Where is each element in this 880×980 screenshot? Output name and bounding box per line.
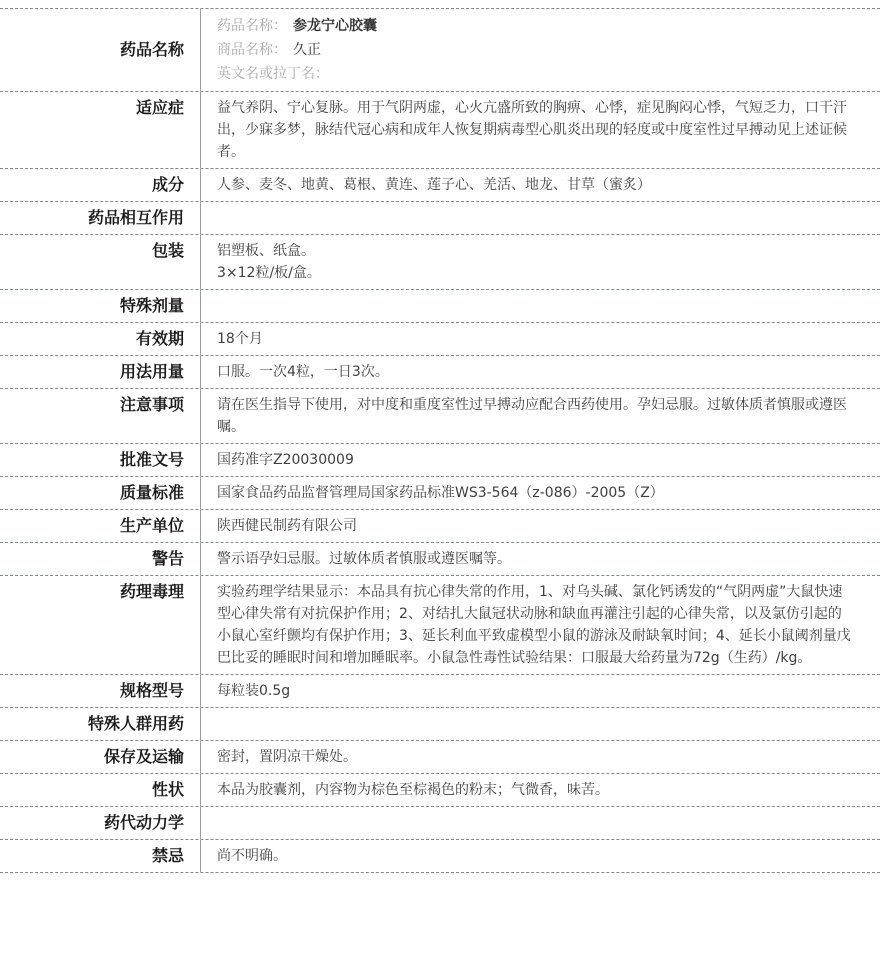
row-content: 口服。一次4粒，一日3次。 xyxy=(200,356,880,388)
row-content: 本品为胶囊剂，内容物为棕色至棕褐色的粉末；气微香，味苦。 xyxy=(200,774,880,806)
table-row-shelf-life: 有效期 18个月 xyxy=(0,323,880,356)
row-content: 陕西健民制药有限公司 xyxy=(200,510,880,542)
row-content: 警示语孕妇忌服。过敏体质者慎服或遵医嘱等。 xyxy=(200,543,880,575)
drug-info-table: 药品名称 药品名称：参龙宁心胶囊 商品名称：久正 英文名或拉丁名： 适应症 益气… xyxy=(0,8,880,873)
row-label: 禁忌 xyxy=(0,840,200,872)
row-label: 特殊剂量 xyxy=(0,290,200,322)
row-content xyxy=(200,807,880,839)
row-content: 请在医生指导下使用，对中度和重度室性过早搏动应配合西药使用。孕妇忌服。过敏体质者… xyxy=(200,389,880,443)
row-content: 国药准字Z20030009 xyxy=(200,444,880,476)
row-label: 药品相互作用 xyxy=(0,202,200,234)
table-row-warning: 警告 警示语孕妇忌服。过敏体质者慎服或遵医嘱等。 xyxy=(0,543,880,576)
row-label: 用法用量 xyxy=(0,356,200,388)
row-content: 每粒装0.5g xyxy=(200,675,880,707)
table-row-contraindications: 禁忌 尚不明确。 xyxy=(0,840,880,873)
row-label: 有效期 xyxy=(0,323,200,355)
table-row-approval-number: 批准文号 国药准字Z20030009 xyxy=(0,444,880,477)
row-label: 药品名称 xyxy=(0,34,200,66)
row-content: 密封，置阴凉干燥处。 xyxy=(200,741,880,773)
row-content: 国家食品药品监督管理局国家药品标准WS3-564（z-086）-2005（Z） xyxy=(200,477,880,509)
row-label: 批准文号 xyxy=(0,444,200,476)
english-name-field: 英文名或拉丁名： xyxy=(217,62,854,86)
table-row-quality-standard: 质量标准 国家食品药品监督管理局国家药品标准WS3-564（z-086）-200… xyxy=(0,477,880,510)
row-content: 人参、麦冬、地黄、葛根、黄连、莲子心、羌活、地龙、甘草（蜜炙） xyxy=(200,169,880,201)
field-value: 参龙宁心胶囊 xyxy=(293,18,377,34)
table-row-packaging: 包装 铝塑板、纸盒。 3×12粒/板/盒。 xyxy=(0,235,880,290)
row-content xyxy=(200,708,880,740)
table-row-description: 性状 本品为胶囊剂，内容物为棕色至棕褐色的粉末；气微香，味苦。 xyxy=(0,774,880,807)
row-label: 规格型号 xyxy=(0,675,200,707)
table-row-special-dosage: 特殊剂量 xyxy=(0,290,880,323)
table-row-precautions: 注意事项 请在医生指导下使用，对中度和重度室性过早搏动应配合西药使用。孕妇忌服。… xyxy=(0,389,880,444)
row-label: 生产单位 xyxy=(0,510,200,542)
drug-name-field: 药品名称：参龙宁心胶囊 xyxy=(217,14,854,38)
field-key: 药品名称： xyxy=(217,18,287,34)
row-content xyxy=(200,290,880,322)
row-content: 实验药理学结果显示：本品具有抗心律失常的作用，1、对乌头碱、氯化钙诱发的“气阴两… xyxy=(200,576,880,674)
packaging-line-2: 3×12粒/板/盒。 xyxy=(217,262,854,284)
table-row-pharmacology-toxicology: 药理毒理 实验药理学结果显示：本品具有抗心律失常的作用，1、对乌头碱、氯化钙诱发… xyxy=(0,576,880,675)
row-content: 尚不明确。 xyxy=(200,840,880,872)
table-row-manufacturer: 生产单位 陕西健民制药有限公司 xyxy=(0,510,880,543)
table-row-pharmacokinetics: 药代动力学 xyxy=(0,807,880,840)
table-row-special-populations: 特殊人群用药 xyxy=(0,708,880,741)
drug-info-page: 药品名称 药品名称：参龙宁心胶囊 商品名称：久正 英文名或拉丁名： 适应症 益气… xyxy=(0,0,880,980)
row-label: 药理毒理 xyxy=(0,576,200,608)
row-content: 铝塑板、纸盒。 3×12粒/板/盒。 xyxy=(200,235,880,289)
packaging-line-1: 铝塑板、纸盒。 xyxy=(217,240,854,262)
row-content: 药品名称：参龙宁心胶囊 商品名称：久正 英文名或拉丁名： xyxy=(200,9,880,91)
trade-name-field: 商品名称：久正 xyxy=(217,38,854,62)
table-row-drug-name: 药品名称 药品名称：参龙宁心胶囊 商品名称：久正 英文名或拉丁名： xyxy=(0,9,880,92)
row-label: 质量标准 xyxy=(0,477,200,509)
row-content: 18个月 xyxy=(200,323,880,355)
field-key: 英文名或拉丁名： xyxy=(217,66,329,82)
field-value: 久正 xyxy=(293,42,321,58)
row-label: 成分 xyxy=(0,169,200,201)
table-row-specification: 规格型号 每粒装0.5g xyxy=(0,675,880,708)
table-row-drug-interactions: 药品相互作用 xyxy=(0,202,880,235)
table-row-indications: 适应症 益气养阴、宁心复脉。用于气阴两虚，心火亢盛所致的胸痹、心悸，症见胸闷心悸… xyxy=(0,92,880,169)
row-content: 益气养阴、宁心复脉。用于气阴两虚，心火亢盛所致的胸痹、心悸，症见胸闷心悸，气短乏… xyxy=(200,92,880,168)
table-row-storage-transport: 保存及运输 密封，置阴凉干燥处。 xyxy=(0,741,880,774)
row-label: 药代动力学 xyxy=(0,807,200,839)
row-label: 保存及运输 xyxy=(0,741,200,773)
row-label: 适应症 xyxy=(0,92,200,124)
row-label: 包装 xyxy=(0,235,200,267)
row-content xyxy=(200,202,880,234)
row-label: 注意事项 xyxy=(0,389,200,421)
row-label: 特殊人群用药 xyxy=(0,708,200,740)
row-label: 性状 xyxy=(0,774,200,806)
field-key: 商品名称： xyxy=(217,42,287,58)
table-row-ingredients: 成分 人参、麦冬、地黄、葛根、黄连、莲子心、羌活、地龙、甘草（蜜炙） xyxy=(0,169,880,202)
table-row-dosage-usage: 用法用量 口服。一次4粒，一日3次。 xyxy=(0,356,880,389)
row-label: 警告 xyxy=(0,543,200,575)
